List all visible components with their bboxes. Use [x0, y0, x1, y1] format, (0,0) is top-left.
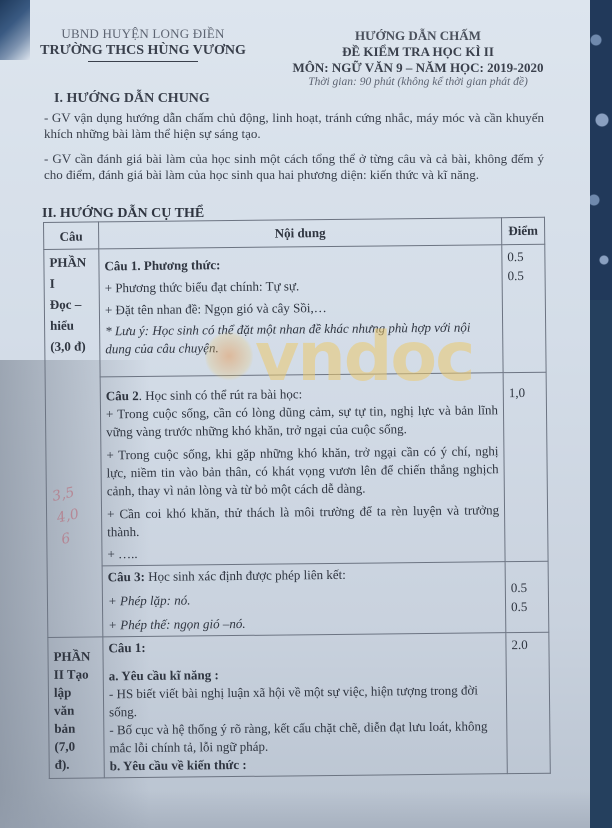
part-label-line: (3,0 đ): [50, 335, 94, 356]
q1-line: + Phương thức biểu đạt chính: Tự sự.: [105, 275, 497, 297]
score-value: 0.5: [511, 578, 543, 597]
part-label-line: II Tạo: [54, 665, 98, 683]
score-value: 2.0: [511, 635, 543, 654]
part2-label: PHẦN II Tạo lập văn bản (7,0 đ).: [48, 637, 104, 779]
header-underline: [88, 61, 198, 62]
table-row: PHẦN I Đọc – hiểu (3,0 đ) Câu 1. Phương …: [44, 244, 546, 377]
q1-title: Câu 1. Phương thức:: [104, 253, 496, 275]
column-header-question: Câu: [44, 222, 99, 250]
background-fabric-corner: [0, 0, 30, 60]
q2-line: + Trong cuộc sống, cần có lòng dũng cảm,…: [106, 401, 498, 441]
exam-duration: Thời gian: 90 phút (không kể thời gian p…: [268, 76, 568, 88]
part2-q1-title: Câu 1:: [108, 635, 500, 657]
table-row: Câu 2. Học sinh có thể rút ra bài học: +…: [45, 372, 548, 566]
q1-note: * Lưu ý: Học sinh có thể đặt một nhan đề…: [105, 318, 497, 358]
q3-scores: 0.5 0.5: [505, 561, 549, 632]
part2-q1-content: Câu 1: a. Yêu cầu kĩ năng : - HS biết vi…: [103, 633, 507, 778]
score-value: 1,0: [509, 383, 541, 402]
q2-content: Câu 2. Học sinh có thể rút ra bài học: +…: [100, 373, 505, 566]
table-row: PHẦN II Tạo lập văn bản (7,0 đ). Câu 1: …: [48, 632, 550, 778]
part-label-line: bản: [54, 719, 98, 737]
q3-title: Câu 3:: [108, 569, 145, 584]
part-label-line: I: [50, 272, 94, 293]
part-label-line: Đọc –: [50, 293, 94, 314]
grading-table: Câu Nội dung Điểm PHẦN I Đọc – hiểu (3,0…: [43, 217, 551, 779]
q3-intro: Học sinh xác định được phép liên kết:: [145, 567, 346, 584]
doc-title: HƯỚNG DẪN CHẤM: [268, 28, 568, 44]
section-heading-general: I. HƯỚNG DẪN CHUNG: [54, 91, 210, 107]
part-label-line: (7,0: [54, 737, 98, 755]
q2-line: + Trong cuộc sống, khi gặp những khó khă…: [106, 442, 499, 500]
school-header: UBND HUYỆN LONG ĐIỀN TRƯỜNG THCS HÙNG VƯ…: [38, 26, 248, 62]
part-label-line: PHẦN: [53, 647, 97, 665]
part-label-line: lập: [54, 683, 98, 701]
q2-line: + Cần coi khó khăn, thử thách là môi trư…: [107, 501, 499, 541]
q2-line: + …..: [107, 541, 499, 563]
part-label-line: PHẦN: [49, 251, 93, 272]
q3-content: Câu 3: Học sinh xác định được phép liên …: [102, 562, 506, 637]
part-label-line: hiểu: [50, 314, 94, 335]
q3-line: + Phép thế: ngọn gió –nó.: [108, 612, 500, 634]
school-name: TRƯỜNG THCS HÙNG VƯƠNG: [38, 43, 248, 59]
q2-title: Câu 2: [106, 388, 139, 403]
q3-heading: Câu 3: Học sinh xác định được phép liên …: [108, 564, 500, 586]
part2-q1-sub-b: b. Yêu cầu về kiến thức :: [110, 753, 502, 775]
subject-year: MÔN: NGỮ VĂN 9 – NĂM HỌC: 2019-2020: [268, 60, 568, 76]
part2-q1-line: - HS biết viết bài nghị luận xã hội về m…: [109, 681, 501, 721]
part-label-line: văn: [54, 701, 98, 719]
part1-label: PHẦN I Đọc – hiểu (3,0 đ): [44, 249, 103, 638]
table-row: Câu 3: Học sinh xác định được phép liên …: [47, 561, 549, 637]
column-header-content: Nội dung: [99, 218, 502, 249]
score-value: 0.5: [507, 266, 539, 285]
exam-header: HƯỚNG DẪN CHẤM ĐỀ KIỂM TRA HỌC KÌ II MÔN…: [268, 28, 568, 88]
column-header-score: Điểm: [501, 217, 544, 244]
authority-name: UBND HUYỆN LONG ĐIỀN: [38, 26, 248, 42]
part2-q1-line: - Bố cục và hệ thống ý rõ ràng, kết cấu …: [109, 717, 501, 757]
part2-q1-score: 2.0: [506, 632, 550, 773]
score-value: 0.5: [507, 247, 539, 266]
exam-name: ĐỀ KIỂM TRA HỌC KÌ II: [268, 44, 568, 60]
q1-scores: 0.5 0.5: [502, 244, 546, 372]
q3-line: + Phép lặp: nó.: [108, 588, 500, 610]
q2-intro: . Học sinh có thể rút ra bài học:: [139, 386, 303, 403]
q1-content: Câu 1. Phương thức: + Phương thức biểu đ…: [99, 245, 503, 377]
general-guideline-1: - GV vận dụng hướng dẫn chấm chủ động, l…: [44, 110, 544, 142]
score-value: 0.5: [511, 597, 543, 616]
part-label-line: đ).: [55, 755, 99, 773]
q2-score: 1,0: [503, 372, 548, 561]
q1-line: + Đặt tên nhan đề: Ngọn gió và cây Sồi,…: [105, 297, 497, 319]
general-guideline-2: - GV cần đánh giá bài làm của học sinh m…: [44, 151, 544, 183]
